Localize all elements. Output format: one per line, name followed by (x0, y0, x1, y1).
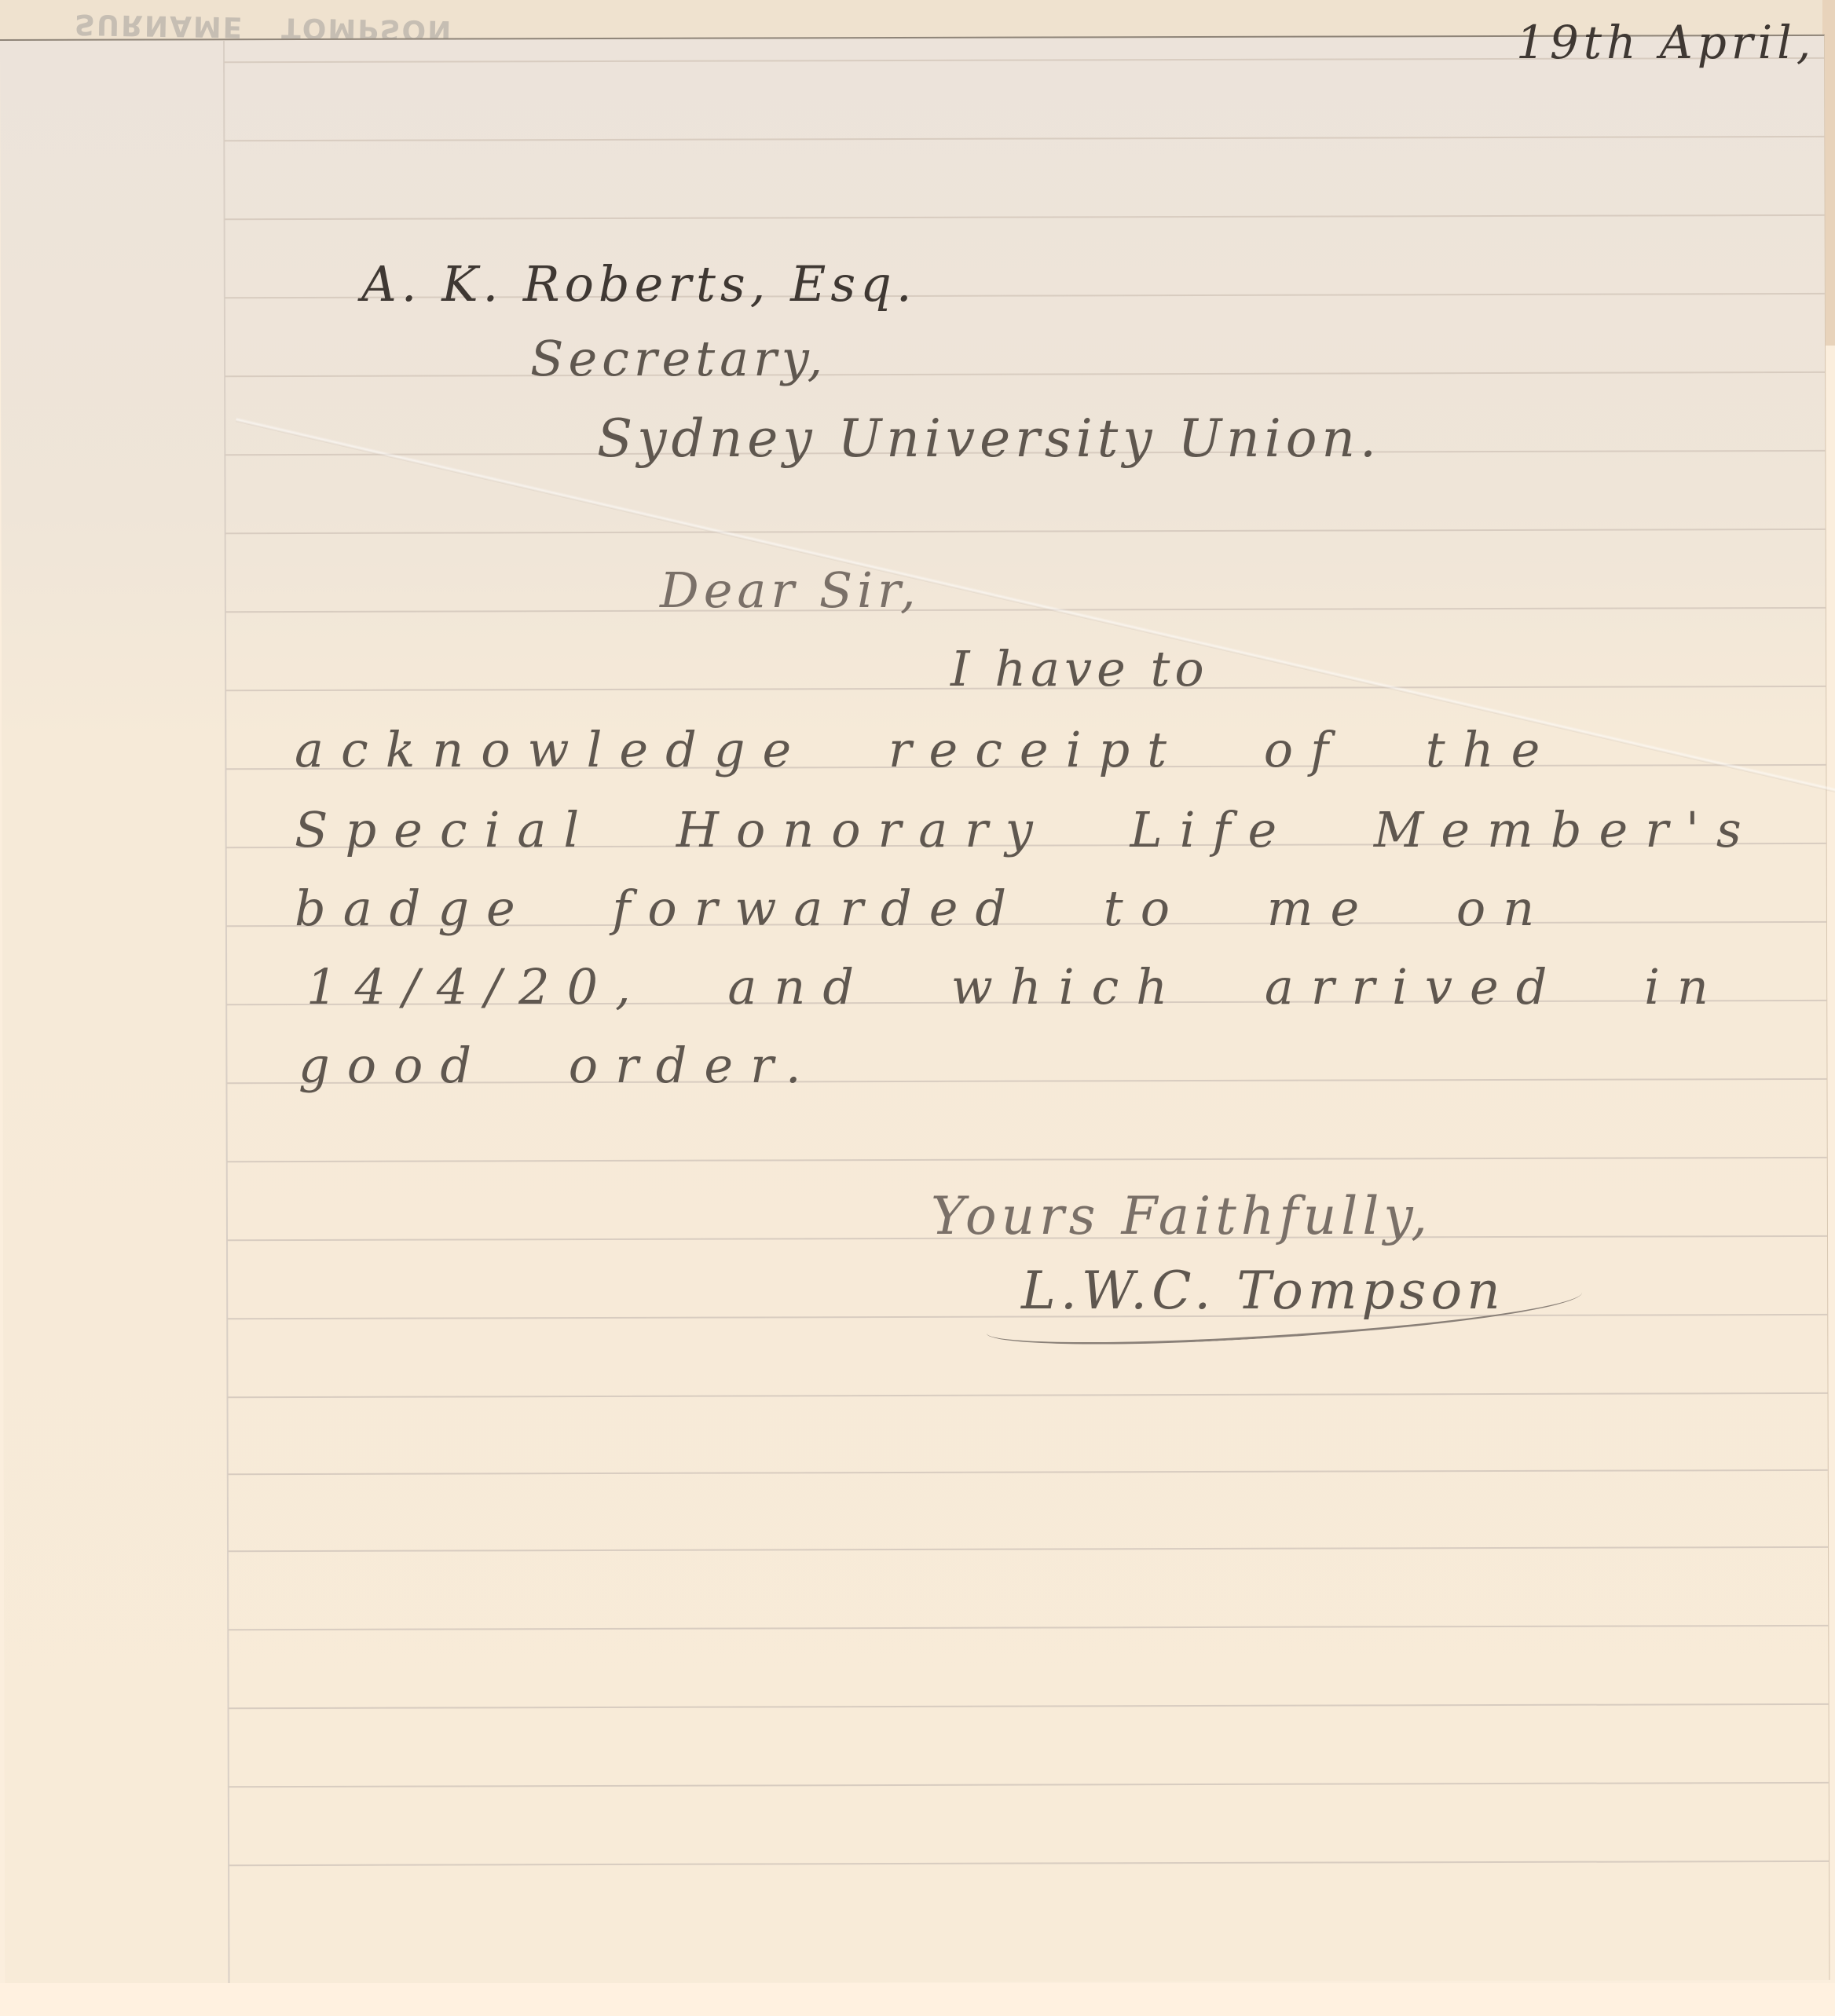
ruled-line (225, 214, 1825, 220)
margin-line (223, 40, 229, 1984)
ruled-line (225, 607, 1826, 613)
ruled-line (228, 1546, 1828, 1552)
ruled-line (225, 371, 1825, 377)
recipient-organization: Sydney University Union. (597, 408, 1381, 469)
body-line-6: good order. (299, 1037, 819, 1094)
body-line-2: acknowledge receipt of the (295, 721, 1557, 778)
body-line-3: Special Honorary Life Member's (295, 801, 1759, 858)
body-line-4: badge forwarded to me on (295, 880, 1551, 937)
ruled-line (229, 1782, 1829, 1787)
ruled-line (228, 1625, 1828, 1630)
stamp-label: SURNAME (75, 8, 244, 43)
ruled-line (229, 1861, 1829, 1866)
ruled-line (229, 1703, 1829, 1709)
salutation: Dear Sir, (660, 562, 921, 619)
ruled-line (227, 1157, 1827, 1162)
recipient-title: Secretary, (530, 330, 827, 387)
ruled-line (225, 529, 1826, 534)
scan-background (0, 1983, 1835, 2016)
ruled-line (224, 136, 1824, 141)
body-line-5: 14/4/20, and which arrived in (306, 958, 1726, 1015)
ruled-line (228, 1392, 1828, 1398)
ruled-line (228, 1469, 1828, 1475)
letter-date: 19th April, 1920. (1516, 16, 1835, 69)
recipient-name: A. K. Roberts, Esq. (361, 255, 917, 313)
body-line-1: I have to (950, 640, 1209, 697)
closing: Yours Faithfully, (931, 1186, 1432, 1246)
